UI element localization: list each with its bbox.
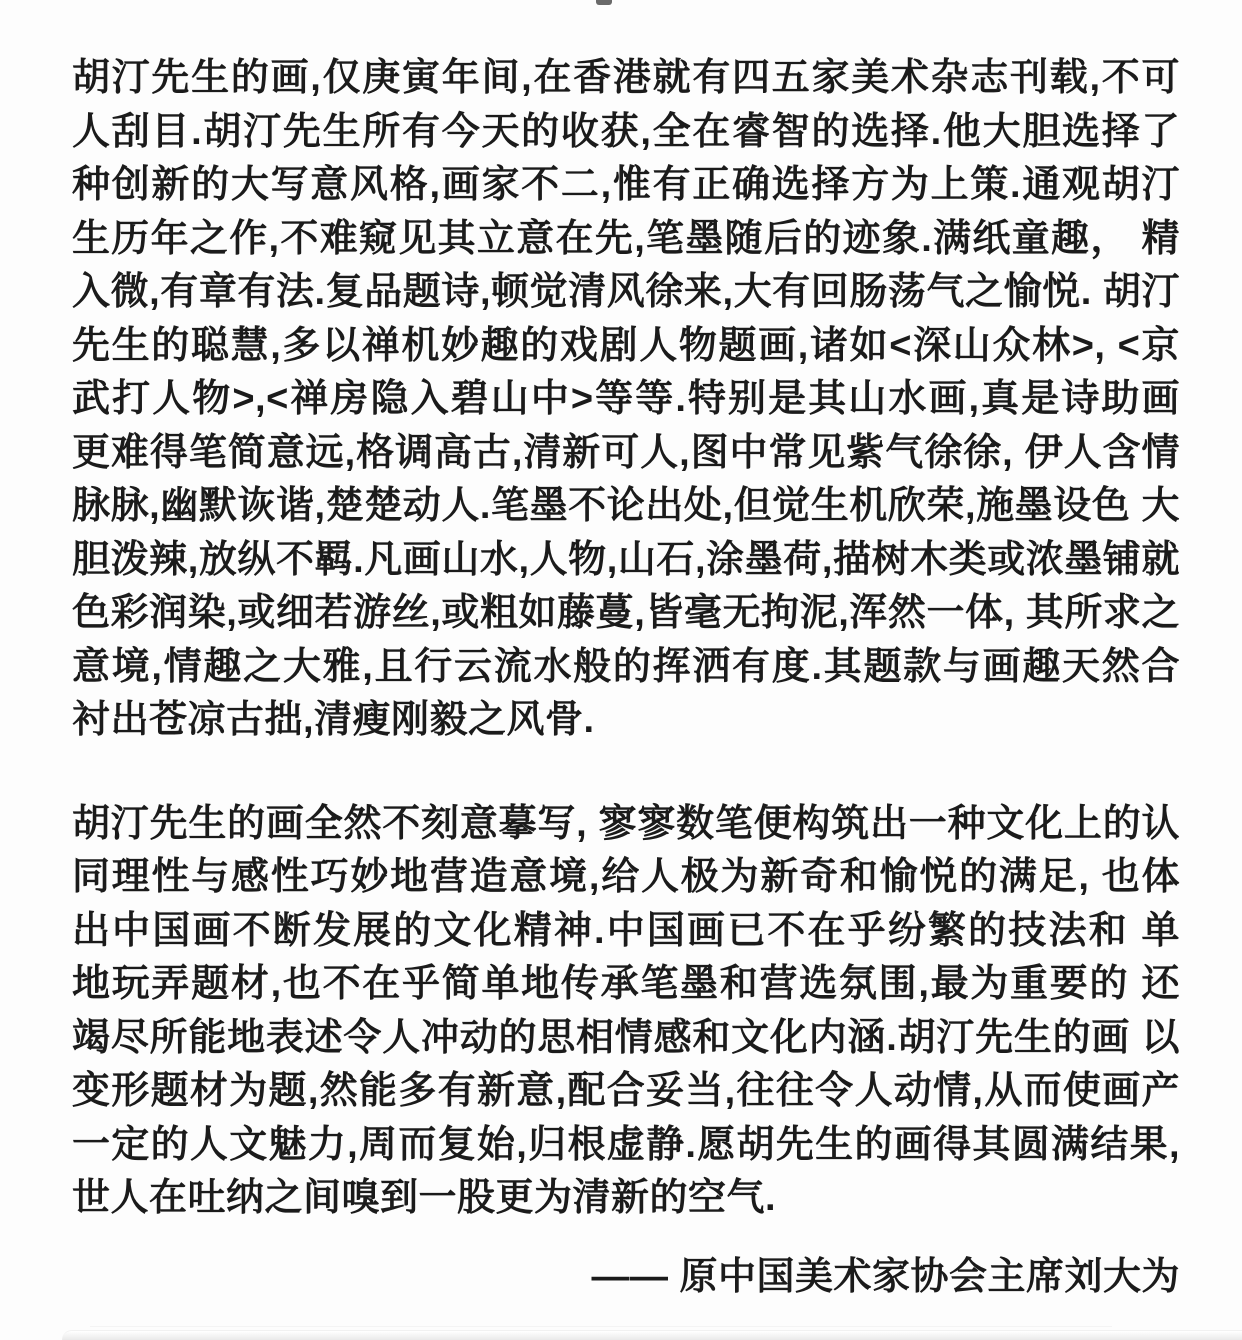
text-line: 地玩弄题材,也不在乎简单地传承笔墨和营选氛围,最为重要的 还是 (72, 958, 1180, 1012)
text-line: 武打人物>,<禅房隐入碧山中>等等.特别是其山水画,真是诗助画意, (72, 373, 1180, 427)
next-card-edge (62, 1330, 1242, 1340)
text-line: 出中国画不断发展的文化精神.中国画已不在乎纷繁的技法和 单 纯 (72, 905, 1180, 959)
text-line: 一定的人文魅力,周而复始,归根虚静.愿胡先生的画得其圆满结果,让 (72, 1119, 1180, 1173)
text-line: 胡汀先生的画,仅庚寅年间,在香港就有四五家美术杂志刊载,不可令 (72, 52, 1180, 106)
text-line: 先生的聪慧,多以禅机妙趣的戏剧人物题画,诸如<深山众林>, <京剧 (72, 320, 1180, 374)
text-line: 色彩润染,或细若游丝,或粗如藤蔓,皆毫无拘泥,浑然一体, 其所求之 (72, 587, 1180, 641)
cutoff-content-fragment (596, 0, 612, 5)
paragraph-1: 胡汀先生的画,仅庚寅年间,在香港就有四五家美术杂志刊载,不可令人刮目.胡汀先生所… (72, 52, 1180, 748)
text-line: 世人在吐纳之间嗅到一股更为清新的空气. (72, 1172, 1180, 1226)
text-line: 衬出苍凉古拙,清瘦刚毅之风骨. (72, 694, 1180, 748)
text-line: 人刮目.胡汀先生所有今天的收获,全在睿智的选择.他大胆选择了这 (72, 106, 1180, 160)
paragraph-2: 胡汀先生的画全然不刻意摹写, 寥寥数笔便构筑出一种文化上的认同理性与感性巧妙地营… (72, 798, 1180, 1226)
text-line: 种创新的大写意风格,画家不二,惟有正确选择方为上策.通观胡汀先 (72, 159, 1180, 213)
text-line: 变形题材为题,然能多有新意,配合妥当,往往令人动情,从而使画产生 (72, 1065, 1180, 1119)
text-line: 竭尽所能地表述令人冲动的思相情感和文化内涵.胡汀先生的画 以 (72, 1012, 1180, 1066)
text-line: 同理性与感性巧妙地营造意境,给人极为新奇和愉悦的满足, 也体现 (72, 851, 1180, 905)
page-bottom-hairline (90, 1326, 1112, 1327)
text-line: 更难得笔简意远,格调高古,清新可人,图中常见紫气徐徐, 伊人含情 (72, 427, 1180, 481)
text-line: 胆泼辣,放纵不羁.凡画山水,人物,山石,涂墨荷,描树木类或浓墨铺就 (72, 534, 1180, 588)
signature-line: —— 原中国美术家协会主席刘大为 (72, 1251, 1180, 1305)
article-body: 胡汀先生的画,仅庚寅年间,在香港就有四五家美术杂志刊载,不可令人刮目.胡汀先生所… (72, 52, 1180, 1304)
text-line: 入微,有章有法.复品题诗,顿觉清风徐来,大有回肠荡气之愉悦. 胡汀 (72, 266, 1180, 320)
text-line: 意境,情趣之大雅,且行云流水般的挥洒有度.其题款与画趣天然合作 (72, 641, 1180, 695)
text-line: 生历年之作,不难窥见其立意在先,笔墨随后的迹象.满纸童趣， 精细 (72, 213, 1180, 267)
text-line: 脉脉,幽默诙谐,楚楚动人.笔墨不论出处,但觉生机欣荣,施墨设色 大 (72, 480, 1180, 534)
text-line: 胡汀先生的画全然不刻意摹写, 寥寥数笔便构筑出一种文化上的认 (72, 798, 1180, 852)
